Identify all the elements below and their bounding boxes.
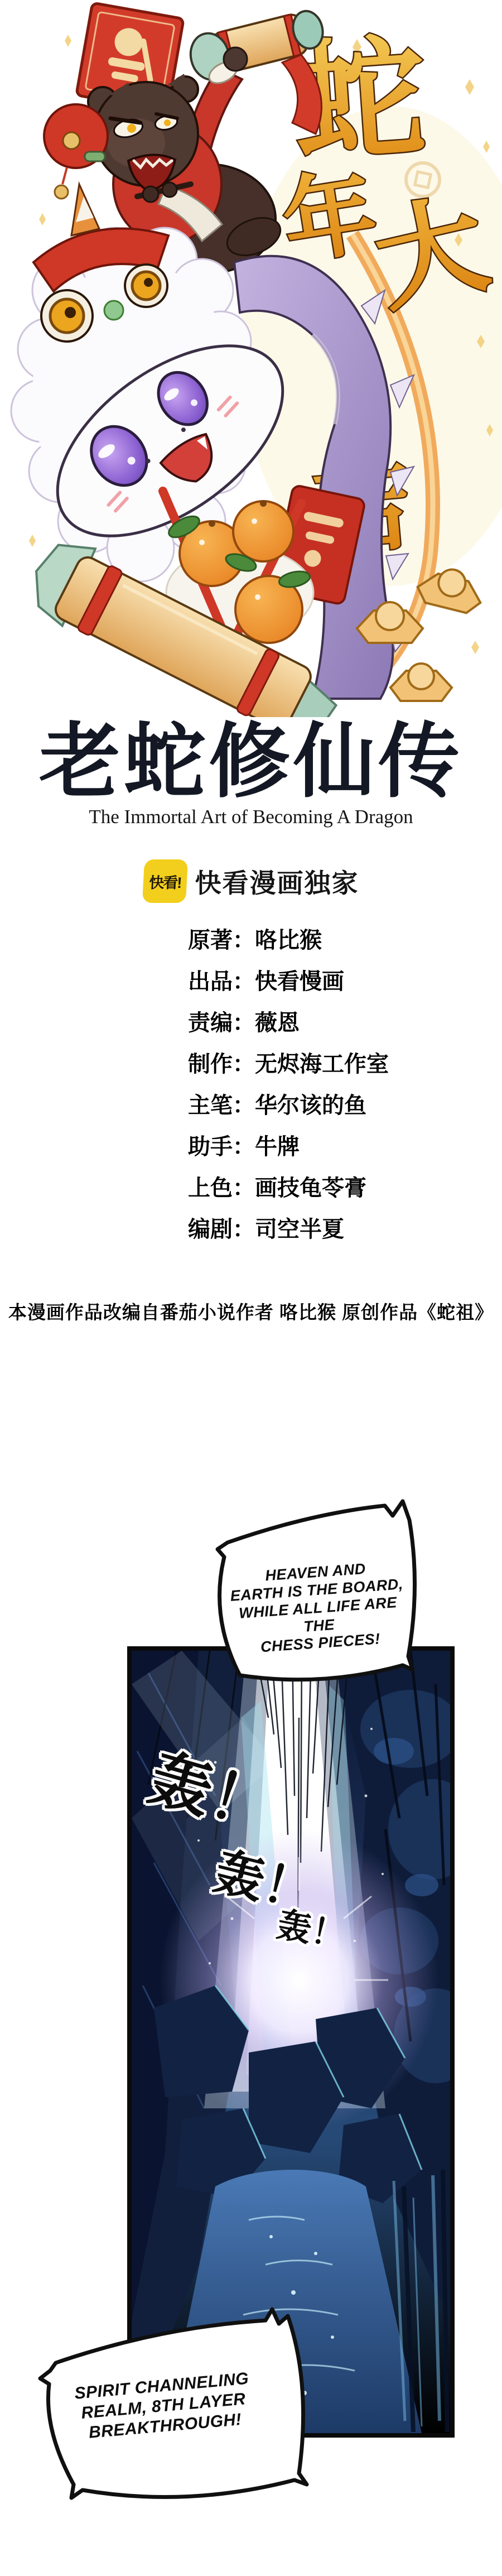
credit-value: 薇恩	[255, 1011, 300, 1035]
credit-label: 制作	[188, 1052, 233, 1076]
credit-row-colorist: 上色：画技龟苓膏	[188, 1167, 389, 1209]
hero-illustration: 蛇 年 大 吉	[0, 0, 502, 717]
series-subtitle: The Immortal Art of Becoming A Dragon	[0, 806, 502, 828]
credit-colon: ：	[233, 1217, 255, 1242]
credit-label: 编剧	[188, 1217, 233, 1242]
credit-label: 主笔	[188, 1093, 233, 1118]
credit-row-producer: 出品：快看慢画	[188, 961, 389, 1002]
speech-bubble-top-text: HEAVEN AND EARTH IS THE BOARD, WHILE ALL…	[226, 1558, 410, 1659]
kuaikan-exclusive-label: 快看漫画独家	[195, 863, 359, 900]
credit-colon: ：	[233, 1135, 255, 1159]
credit-row-studio: 制作：无烬海工作室	[188, 1044, 389, 1085]
credit-row-original-author: 原著：咯比猴	[188, 920, 389, 961]
credit-row-assistant: 助手：牛牌	[188, 1126, 389, 1167]
credit-colon: ：	[233, 969, 255, 994]
credit-colon: ：	[233, 928, 255, 953]
credit-value: 华尔该的鱼	[255, 1093, 366, 1118]
credit-row-scriptwriter: 编剧：司空半夏	[188, 1209, 389, 1250]
credit-colon: ：	[233, 1052, 255, 1076]
credits-list: 原著：咯比猴 出品：快看慢画 责编：薇恩 制作：无烬海工作室 主笔：华尔该的鱼 …	[188, 920, 389, 1250]
credit-colon: ：	[233, 1093, 255, 1118]
credit-label: 责编	[188, 1011, 233, 1035]
adaptation-disclaimer: 本漫画作品改编自番茄小说作者 咯比猴 原创作品《蛇祖》	[0, 1298, 502, 1324]
credit-value: 快看慢画	[255, 969, 344, 994]
credit-row-lead-artist: 主笔：华尔该的鱼	[188, 1085, 389, 1126]
publisher-row: 快看! 快看漫画独家	[0, 858, 502, 904]
credit-value: 画技龟苓膏	[255, 1176, 366, 1200]
credit-label: 助手	[188, 1135, 233, 1159]
credit-value: 咯比猴	[255, 928, 322, 953]
credit-label: 原著	[188, 928, 233, 953]
kuaikan-logo-badge: 快看!	[142, 859, 187, 903]
credit-row-editor: 责编：薇恩	[188, 1002, 389, 1044]
credit-value: 司空半夏	[255, 1217, 344, 1242]
comic-chapter-page: 蛇 年 大 吉	[0, 0, 502, 2576]
credit-colon: ：	[233, 1011, 255, 1035]
credit-value: 牛牌	[255, 1135, 300, 1159]
credit-label: 上色	[188, 1176, 233, 1200]
credit-label: 出品	[188, 969, 233, 994]
series-title: 老蛇修仙传	[0, 719, 502, 804]
credit-colon: ：	[233, 1176, 255, 1200]
credit-value: 无烬海工作室	[255, 1052, 389, 1076]
